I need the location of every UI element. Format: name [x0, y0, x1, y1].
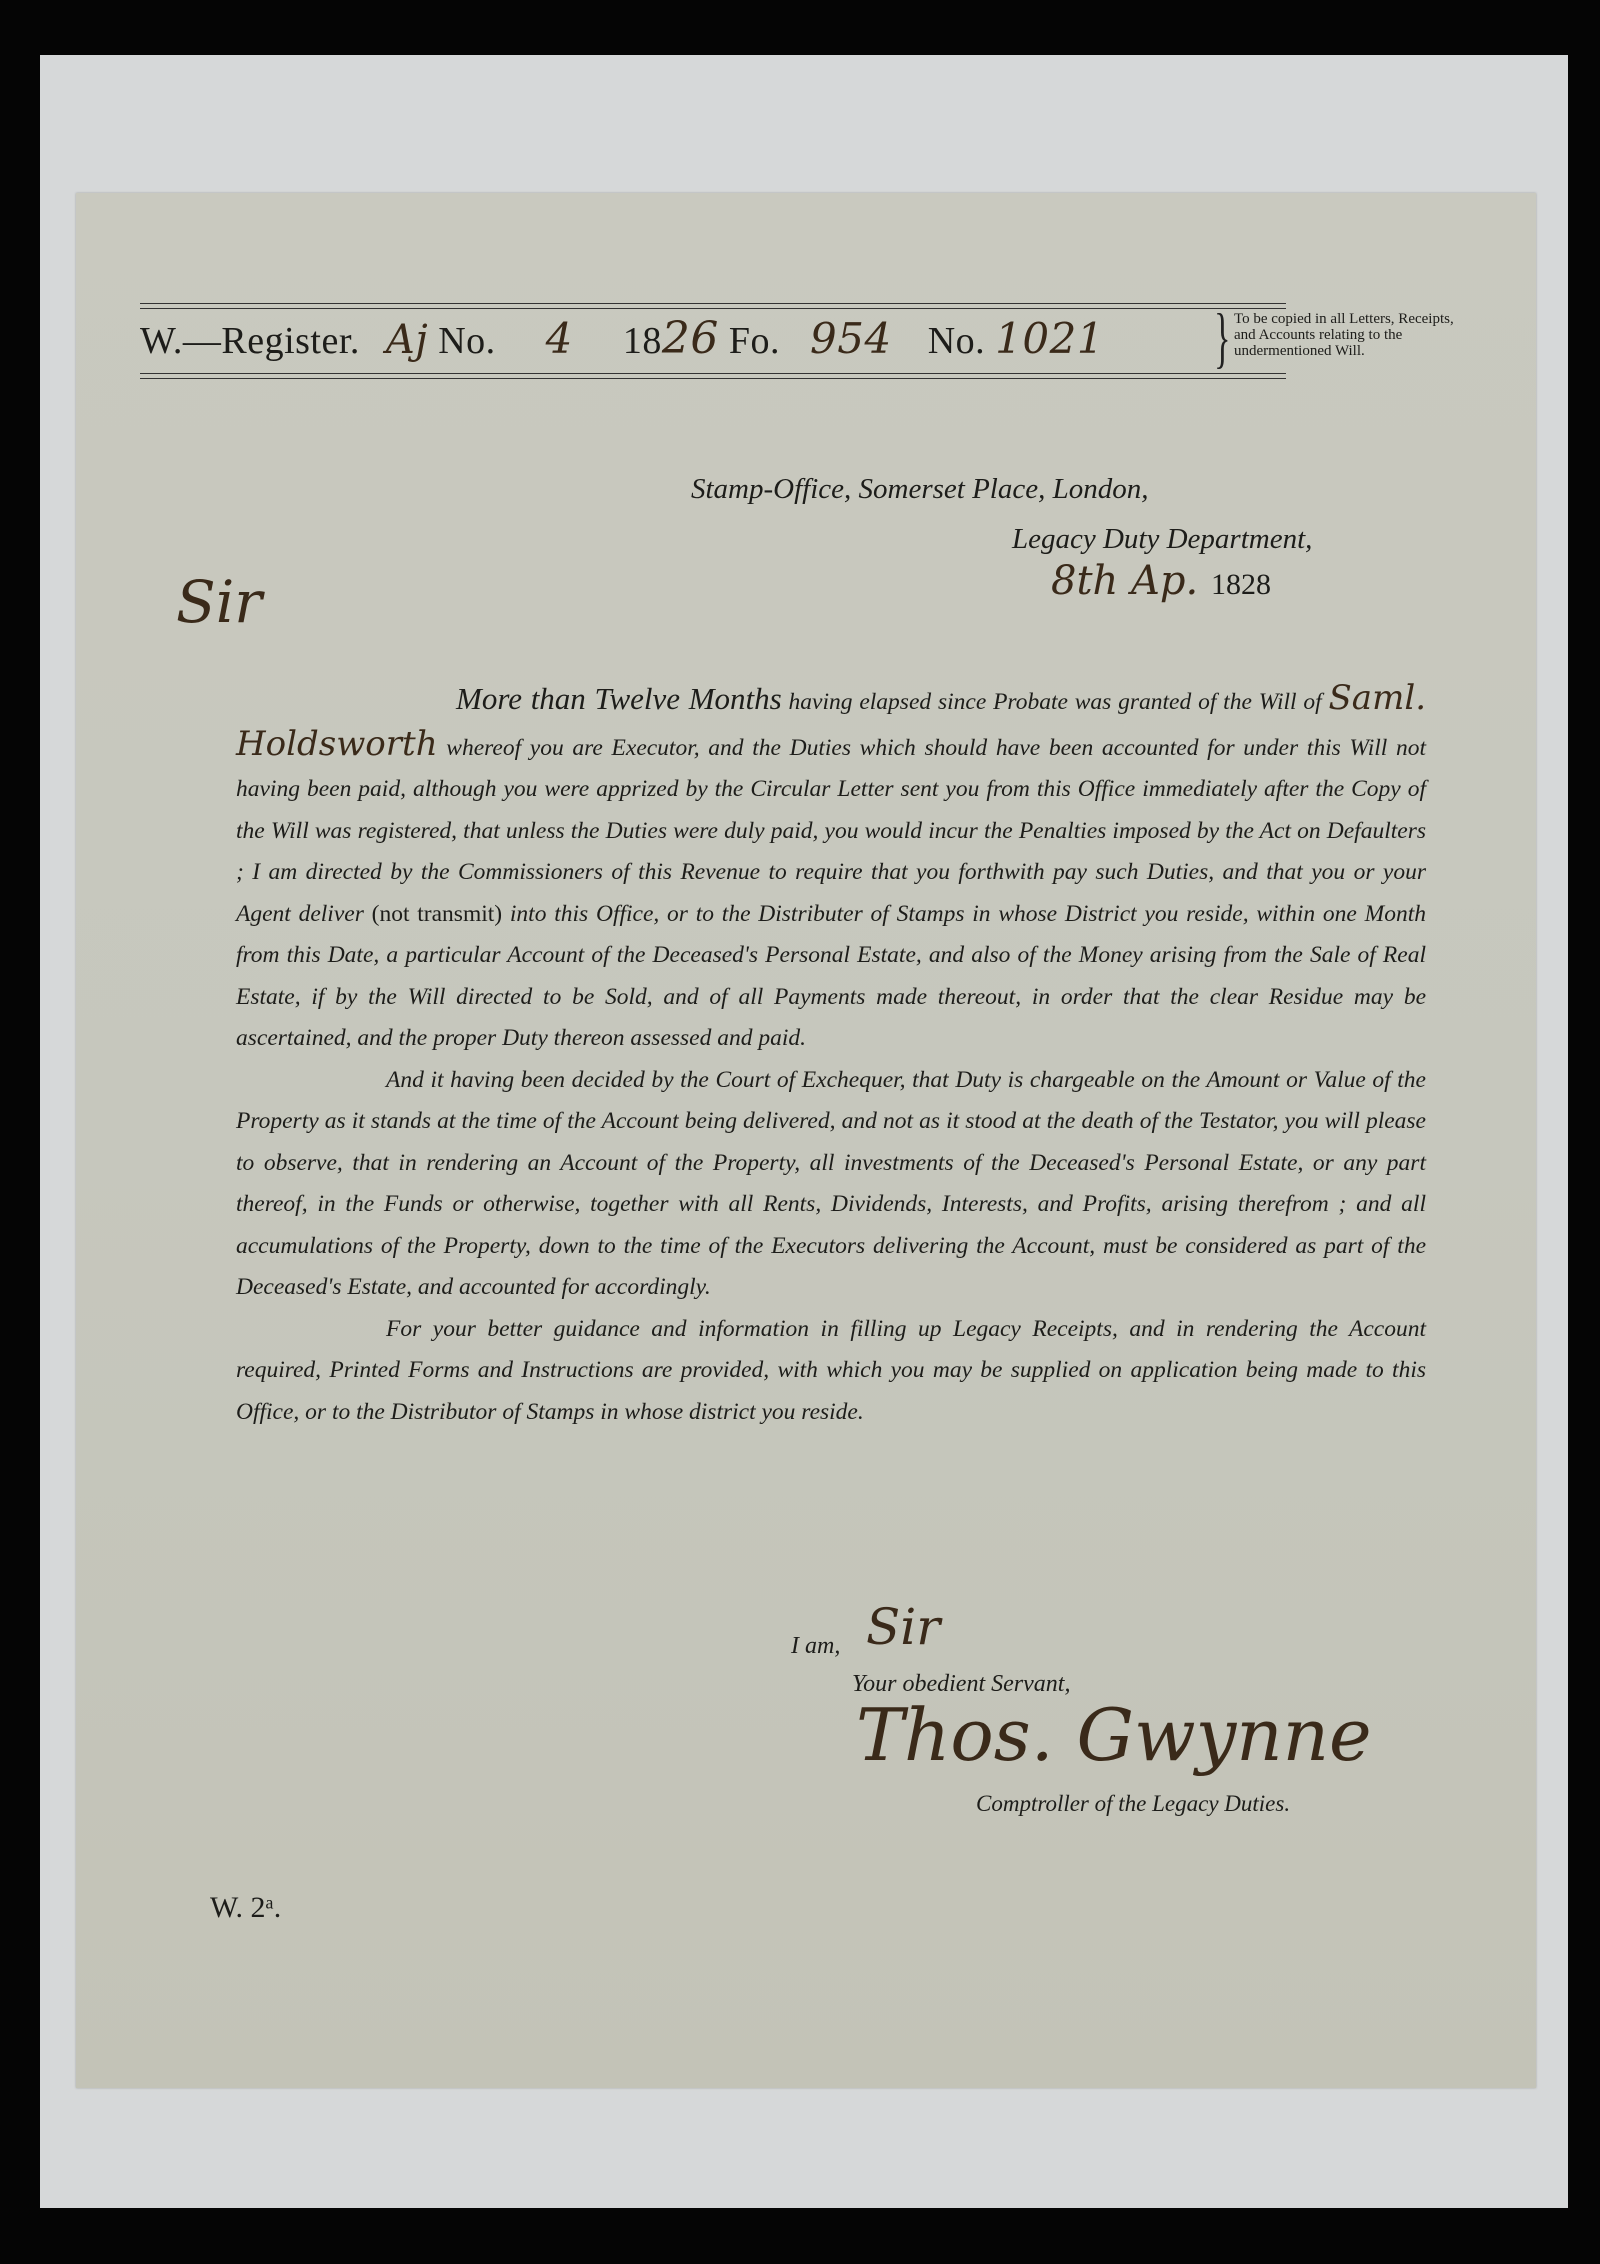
register-no2-label: No. — [928, 320, 985, 362]
salutation: Sir — [176, 568, 262, 636]
header-rule-bottom — [140, 373, 1286, 374]
letter-date: 8th Ap. 1828 — [1051, 558, 1271, 604]
department-name: Legacy Duty Department, — [1012, 523, 1312, 556]
register-year-suffix: 26 — [662, 313, 719, 364]
signatory-title: Comptroller of the Legacy Duties. — [976, 1791, 1290, 1817]
register-fo-label: Fo. — [729, 320, 780, 362]
letter-body: More than Twelve Months having elapsed s… — [236, 678, 1426, 1433]
header-rule-top-2 — [140, 308, 1286, 309]
brace-icon: } — [1214, 303, 1230, 371]
header-rule-bottom-2 — [140, 378, 1286, 379]
register-line: W.—Register. Aj No. 4 1826 Fo. 954 No. 1… — [140, 313, 1104, 364]
register-label: W.—Register. — [140, 320, 360, 362]
register-year-prefix: 18 — [623, 320, 662, 362]
register-fo-value: 954 — [810, 314, 892, 363]
not-transmit: (not transmit) — [372, 901, 502, 927]
paragraph-3: For your better guidance and information… — [236, 1309, 1426, 1434]
date-day: 8th — [1051, 558, 1118, 604]
lead-phrase: More than Twelve Months — [456, 681, 782, 716]
paragraph-2: And it having been decided by the Court … — [236, 1060, 1426, 1309]
form-code: W. 2ᵃ. — [210, 1891, 281, 1925]
register-no-label: No. — [438, 320, 495, 362]
date-year: 1828 — [1211, 568, 1271, 601]
closing-sir: Sir — [866, 1598, 940, 1656]
legacy-duty-letter: W.—Register. Aj No. 4 1826 Fo. 954 No. 1… — [76, 193, 1536, 2088]
register-no-value: 4 — [546, 314, 573, 363]
closing-i-am: I am, — [791, 1633, 840, 1660]
header-rule-top — [140, 303, 1286, 304]
p1-text-a: having elapsed since Probate was granted… — [782, 689, 1329, 715]
register-no2-value: 1021 — [995, 314, 1104, 363]
date-month: Ap. — [1131, 558, 1198, 604]
office-address: Stamp-Office, Somerset Place, London, — [691, 473, 1148, 506]
paragraph-1: More than Twelve Months having elapsed s… — [236, 678, 1426, 1060]
register-letter: Aj — [386, 317, 428, 363]
signature: Thos. Gwynne — [856, 1693, 1372, 1777]
copy-instruction-note: To be copied in all Letters, Receipts, a… — [1234, 311, 1454, 359]
